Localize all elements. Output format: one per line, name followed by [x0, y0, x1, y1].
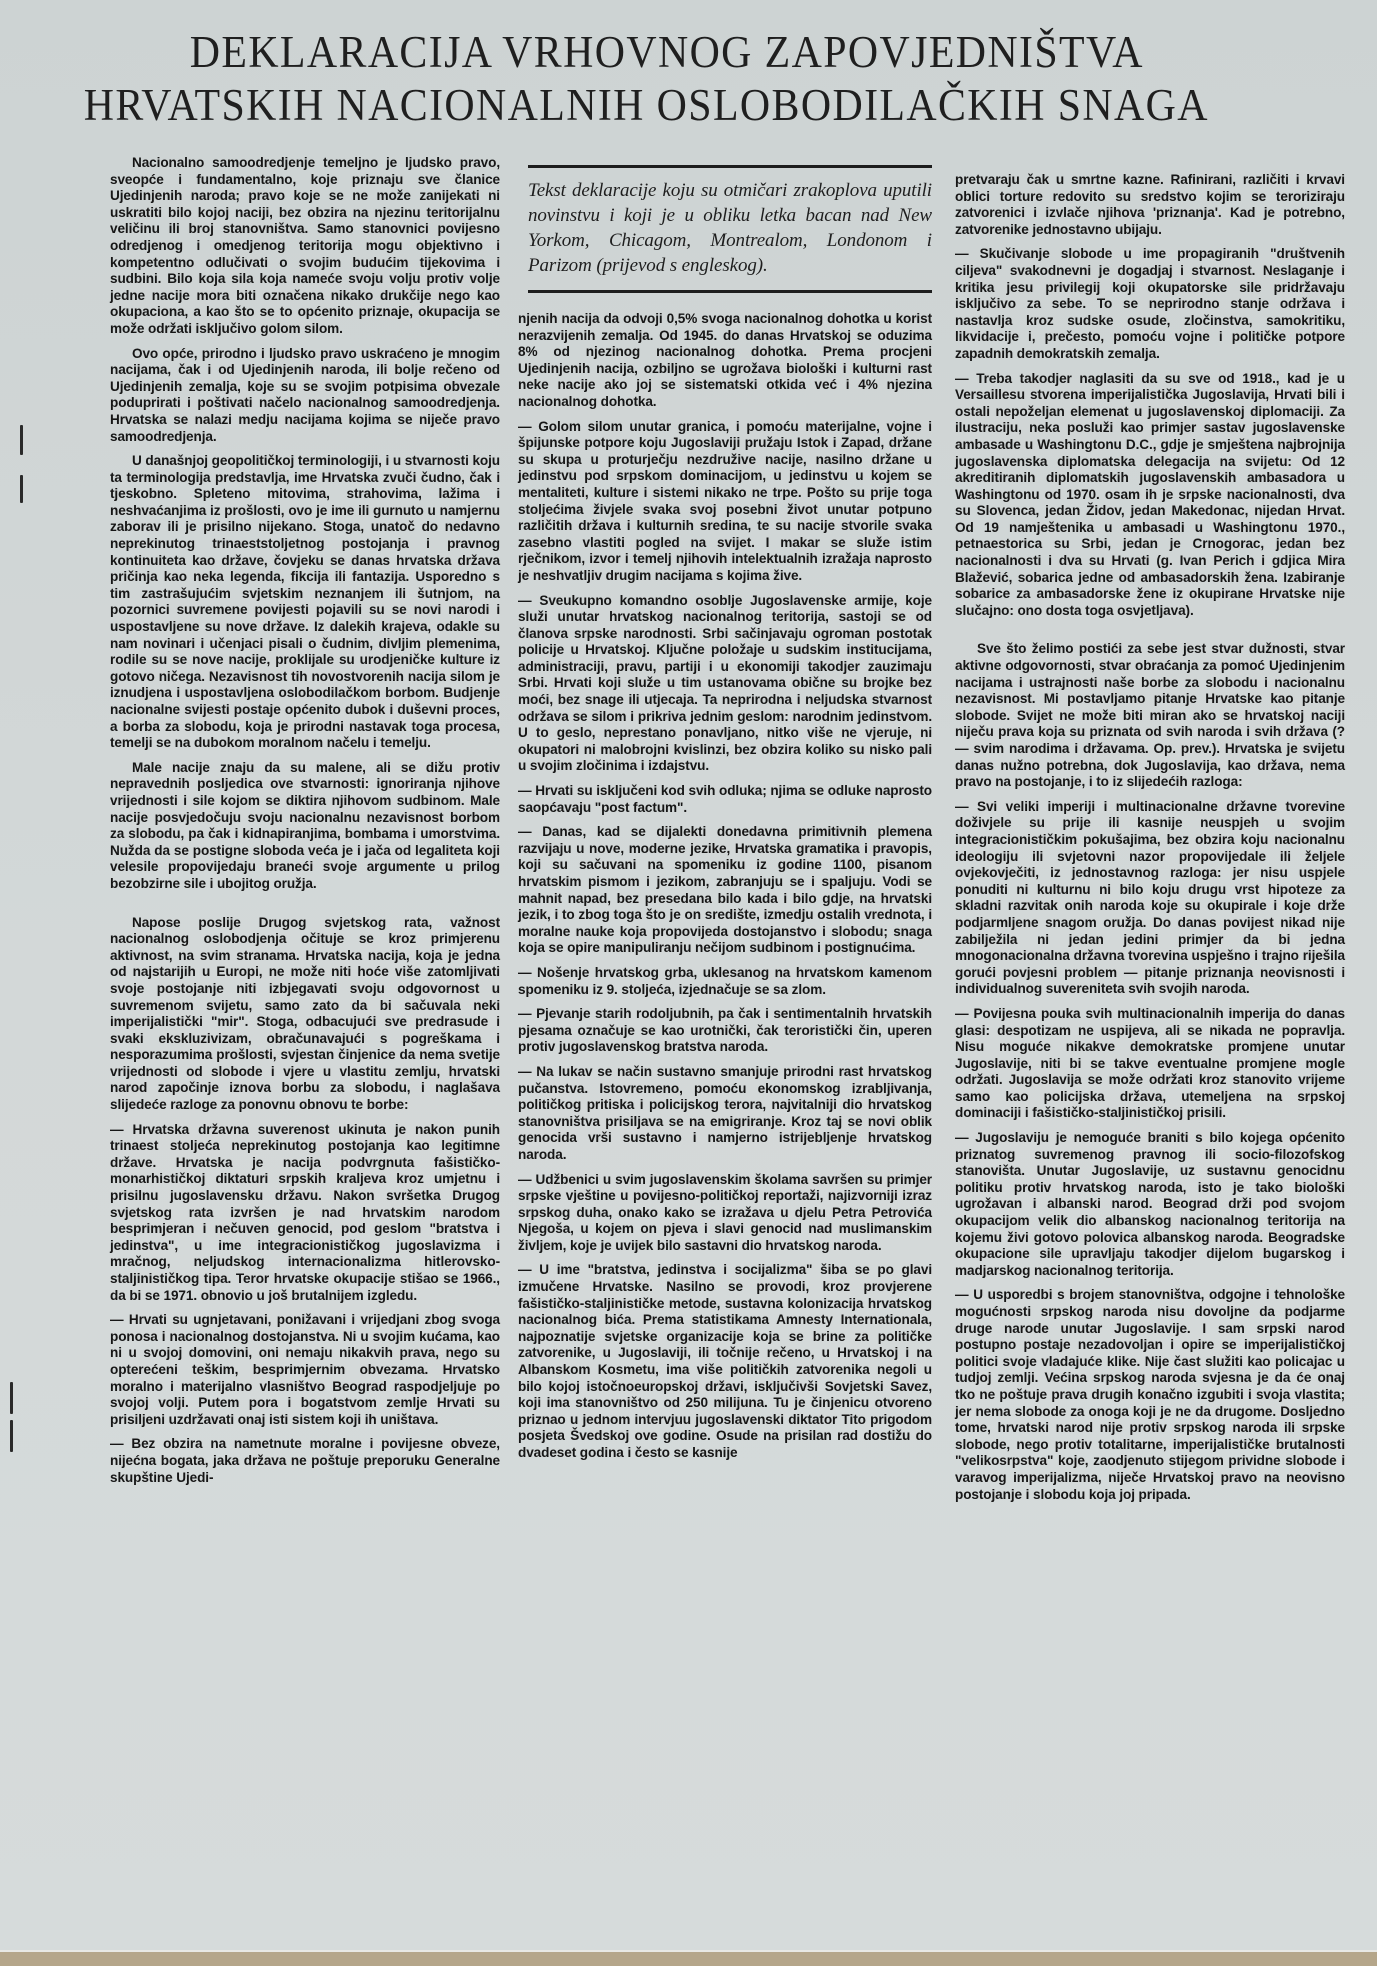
column-1: Nacionalno samoodredjenje temeljno je lj…: [110, 155, 500, 1494]
title-line-1: DEKLARACIJA VRHOVNOG ZAPOVJEDNIŠTVA: [80, 26, 1289, 79]
paragraph: — Danas, kad se dijalekti donedavna prim…: [518, 824, 932, 957]
margin-mark: [20, 425, 23, 455]
paragraph: — U usporedbi s brojem stanovništva, odg…: [955, 1287, 1345, 1503]
margin-mark: [10, 1420, 13, 1452]
paragraph: — Golom silom unutar granica, i pomoću m…: [518, 419, 932, 585]
paragraph: — Povijesna pouka svih multinacionalnih …: [955, 1006, 1345, 1122]
intro-note: Tekst deklaracije koju su otmičari zrako…: [528, 165, 932, 293]
paragraph: U današnjoj geopolitičkoj terminologiji,…: [110, 453, 500, 752]
paragraph: — Treba takodjer naglasiti da su sve od …: [955, 371, 1345, 620]
paragraph: — Hrvati su ugnjetavani, ponižavani i vr…: [110, 1312, 500, 1428]
paragraph: — Udžbenici u svim jugoslavenskim školam…: [518, 1172, 932, 1255]
page-title: DEKLARACIJA VRHOVNOG ZAPOVJEDNIŠTVA HRVA…: [80, 26, 1289, 132]
column-2: Tekst deklaracije koju su otmičari zrako…: [518, 165, 932, 1470]
paragraph: — Pjevanje starih rodoljubnih, pa čak i …: [518, 1006, 932, 1056]
paragraph: Male nacije znaju da su malene, ali se d…: [110, 760, 500, 893]
paragraph: — Hrvatska državna suverenost ukinuta je…: [110, 1122, 500, 1305]
margin-mark: [10, 1382, 13, 1414]
paragraph: — Svi veliki imperiji i multinacionalne …: [955, 799, 1345, 998]
paragraph: — U ime "bratstva, jedinstva i socijaliz…: [518, 1262, 932, 1461]
paragraph: Sve što želimo postići za sebe jest stva…: [955, 641, 1345, 790]
paragraph: Napose poslije Drugog svjetskog rata, va…: [110, 915, 500, 1114]
column-3: pretvaraju čak u smrtne kazne. Rafiniran…: [955, 172, 1345, 1511]
paragraph: Nacionalno samoodredjenje temeljno je lj…: [110, 155, 500, 338]
table-surface: [0, 1950, 1377, 1966]
title-line-2: HRVATSKIH NACIONALNIH OSLOBODILAČKIH SNA…: [80, 79, 1289, 132]
paragraph: — Nošenje hrvatskog grba, uklesanog na h…: [518, 965, 932, 998]
paragraph: — Hrvati su isključeni kod svih odluka; …: [518, 783, 932, 816]
paragraph: — Sveukupno komandno osoblje Jugoslavens…: [518, 593, 932, 776]
paragraph: — Na lukav se način sustavno smanjuje pr…: [518, 1064, 932, 1164]
paragraph: — Jugoslaviju je nemoguće braniti s bilo…: [955, 1130, 1345, 1279]
paragraph: — Bez obzira na nametnute moralne i povi…: [110, 1436, 500, 1486]
paragraph: njenih nacija da odvoji 0,5% svoga nacio…: [518, 311, 932, 411]
paragraph: Ovo opće, prirodno i ljudsko pravo uskra…: [110, 346, 500, 446]
newspaper-page: DEKLARACIJA VRHOVNOG ZAPOVJEDNIŠTVA HRVA…: [0, 0, 1377, 1950]
paragraph: — Skučivanje slobode u ime propagiranih …: [955, 246, 1345, 362]
paragraph: pretvaraju čak u smrtne kazne. Rafiniran…: [955, 172, 1345, 238]
margin-mark: [20, 475, 23, 503]
